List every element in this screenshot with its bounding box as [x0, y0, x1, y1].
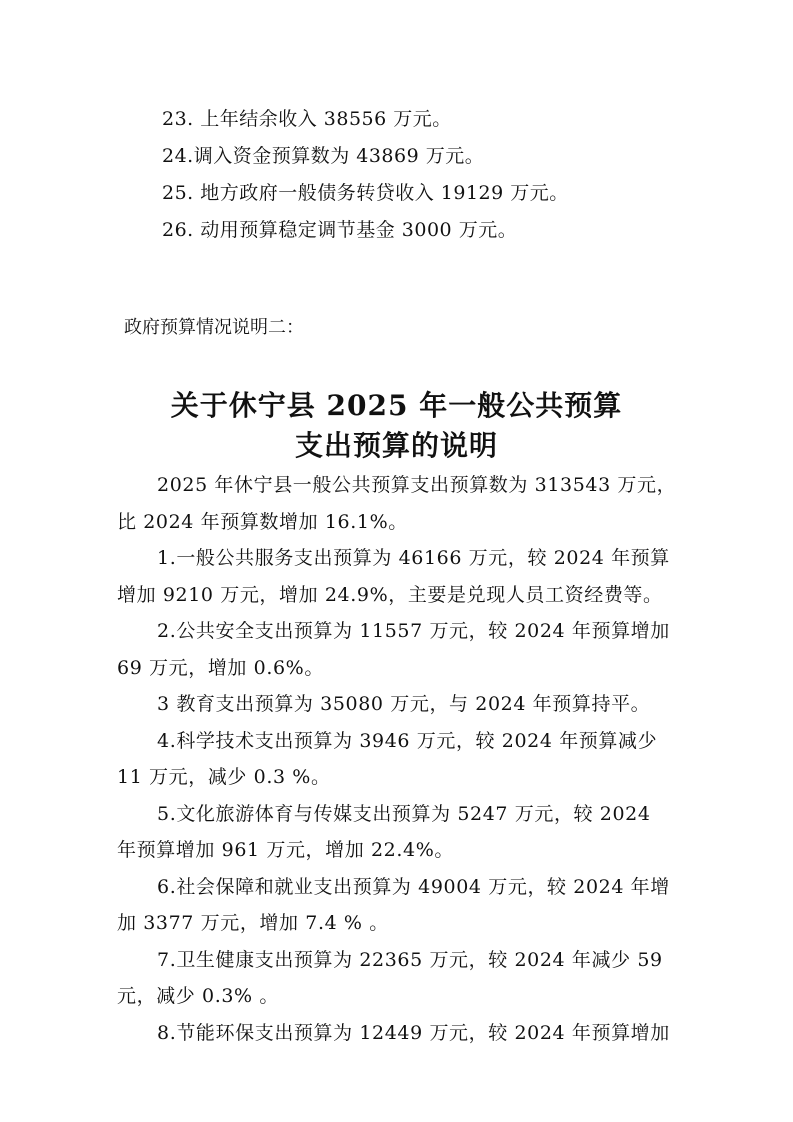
income-item: 25. 地方政府一般债务转贷收入 19129 万元。: [162, 175, 682, 212]
income-item: 23. 上年结余收入 38556 万元。: [162, 101, 682, 138]
paragraph-line: 5.文化旅游体育与传媒支出预算为 5247 万元，较 2024: [117, 796, 677, 833]
paragraph-line: 增加 9210 万元，增加 24.9%，主要是兑现人员工资经费等。: [117, 577, 677, 614]
document-page: 23. 上年结余收入 38556 万元。 24.调入资金预算数为 43869 万…: [0, 0, 793, 1122]
income-item: 26. 动用预算稳定调节基金 3000 万元。: [162, 212, 682, 249]
paragraph-line: 元，减少 0.3% 。: [117, 978, 677, 1015]
paragraph-line: 4.科学技术支出预算为 3946 万元，较 2024 年预算减少: [117, 723, 677, 760]
paragraph-line: 69 万元，增加 0.6%。: [117, 650, 677, 687]
paragraph-line: 2.公共安全支出预算为 11557 万元，较 2024 年预算增加: [117, 613, 677, 650]
document-title: 关于休宁县 2025 年一般公共预算 支出预算的说明: [0, 386, 793, 466]
title-line-2: 支出预算的说明: [0, 426, 793, 466]
paragraph-line: 6.社会保障和就业支出预算为 49004 万元，较 2024 年增: [117, 869, 677, 906]
paragraph-line: 比 2024 年预算数增加 16.1%。: [117, 504, 677, 541]
income-item: 24.调入资金预算数为 43869 万元。: [162, 138, 682, 175]
income-items-list: 23. 上年结余收入 38556 万元。 24.调入资金预算数为 43869 万…: [162, 101, 682, 249]
paragraph-line: 2025 年休宁县一般公共预算支出预算数为 313543 万元，: [117, 467, 677, 504]
title-line-1: 关于休宁县 2025 年一般公共预算: [0, 386, 793, 426]
paragraph-line: 1.一般公共服务支出预算为 46166 万元，较 2024 年预算: [117, 540, 677, 577]
paragraph-line: 11 万元，减少 0.3 %。: [117, 759, 677, 796]
paragraph-line: 3 教育支出预算为 35080 万元，与 2024 年预算持平。: [117, 686, 677, 723]
paragraph-line: 7.卫生健康支出预算为 22365 万元，较 2024 年减少 59: [117, 942, 677, 979]
section-label: 政府预算情况说明二：: [124, 316, 304, 340]
paragraph-line: 8.节能环保支出预算为 12449 万元，较 2024 年预算增加: [117, 1015, 677, 1052]
body-text: 2025 年休宁县一般公共预算支出预算数为 313543 万元， 比 2024 …: [117, 467, 677, 1051]
paragraph-line: 年预算增加 961 万元，增加 22.4%。: [117, 832, 677, 869]
paragraph-line: 加 3377 万元，增加 7.4 % 。: [117, 905, 677, 942]
